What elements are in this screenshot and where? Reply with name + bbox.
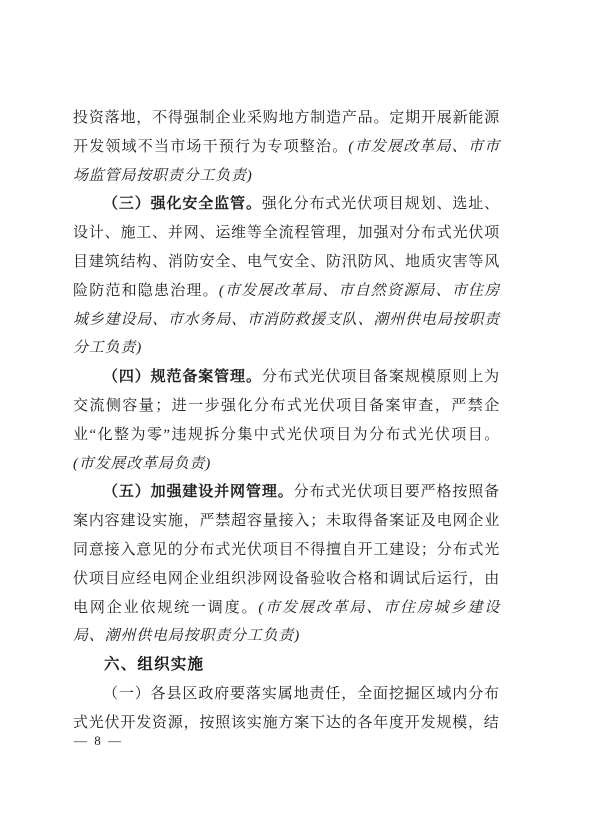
paragraph-heading: （三）强化安全监管。 [103,196,262,212]
paragraph-heading: （五）加强建设并网管理。 [103,484,294,500]
paragraph-text: （一）各县区政府要落实属地责任，全面挖掘区域内分布式光伏开发资源，按照该实施方案… [73,686,500,731]
paragraph-continuation: 投资落地，不得强制企业采购地方制造产品。定期开展新能源开发领域不当市场干预行为专… [73,104,500,190]
section-heading: 六、组织实施 [73,651,500,680]
agency-annotation: (市发展改革局负责) [73,456,211,472]
page-number: — 8 — [74,733,123,749]
document-body: 投资落地，不得强制企业采购地方制造产品。定期开展新能源开发领域不当市场干预行为专… [73,104,500,738]
paragraph-item-4: （四）规范备案管理。分布式光伏项目备案规模原则上为交流侧容量；进一步强化分布式光… [73,363,500,478]
paragraph-item-5: （五）加强建设并网管理。分布式光伏项目要严格按照备案内容建设实施，严禁超容量接入… [73,478,500,651]
document-page: 投资落地，不得强制企业采购地方制造产品。定期开展新能源开发领域不当市场干预行为专… [0,0,606,833]
paragraph-text: 分布式光伏项目要严格按照备案内容建设实施，严禁超容量接入；未取得备案证及电网企业… [73,484,500,615]
paragraph-heading: （四）规范备案管理。 [103,369,262,385]
paragraph-item-3: （三）强化安全监管。强化分布式光伏项目规划、选址、设计、施工、并网、运维等全流程… [73,190,500,363]
paragraph-item-1: （一）各县区政府要落实属地责任，全面挖掘区域内分布式光伏开发资源，按照该实施方案… [73,680,500,738]
